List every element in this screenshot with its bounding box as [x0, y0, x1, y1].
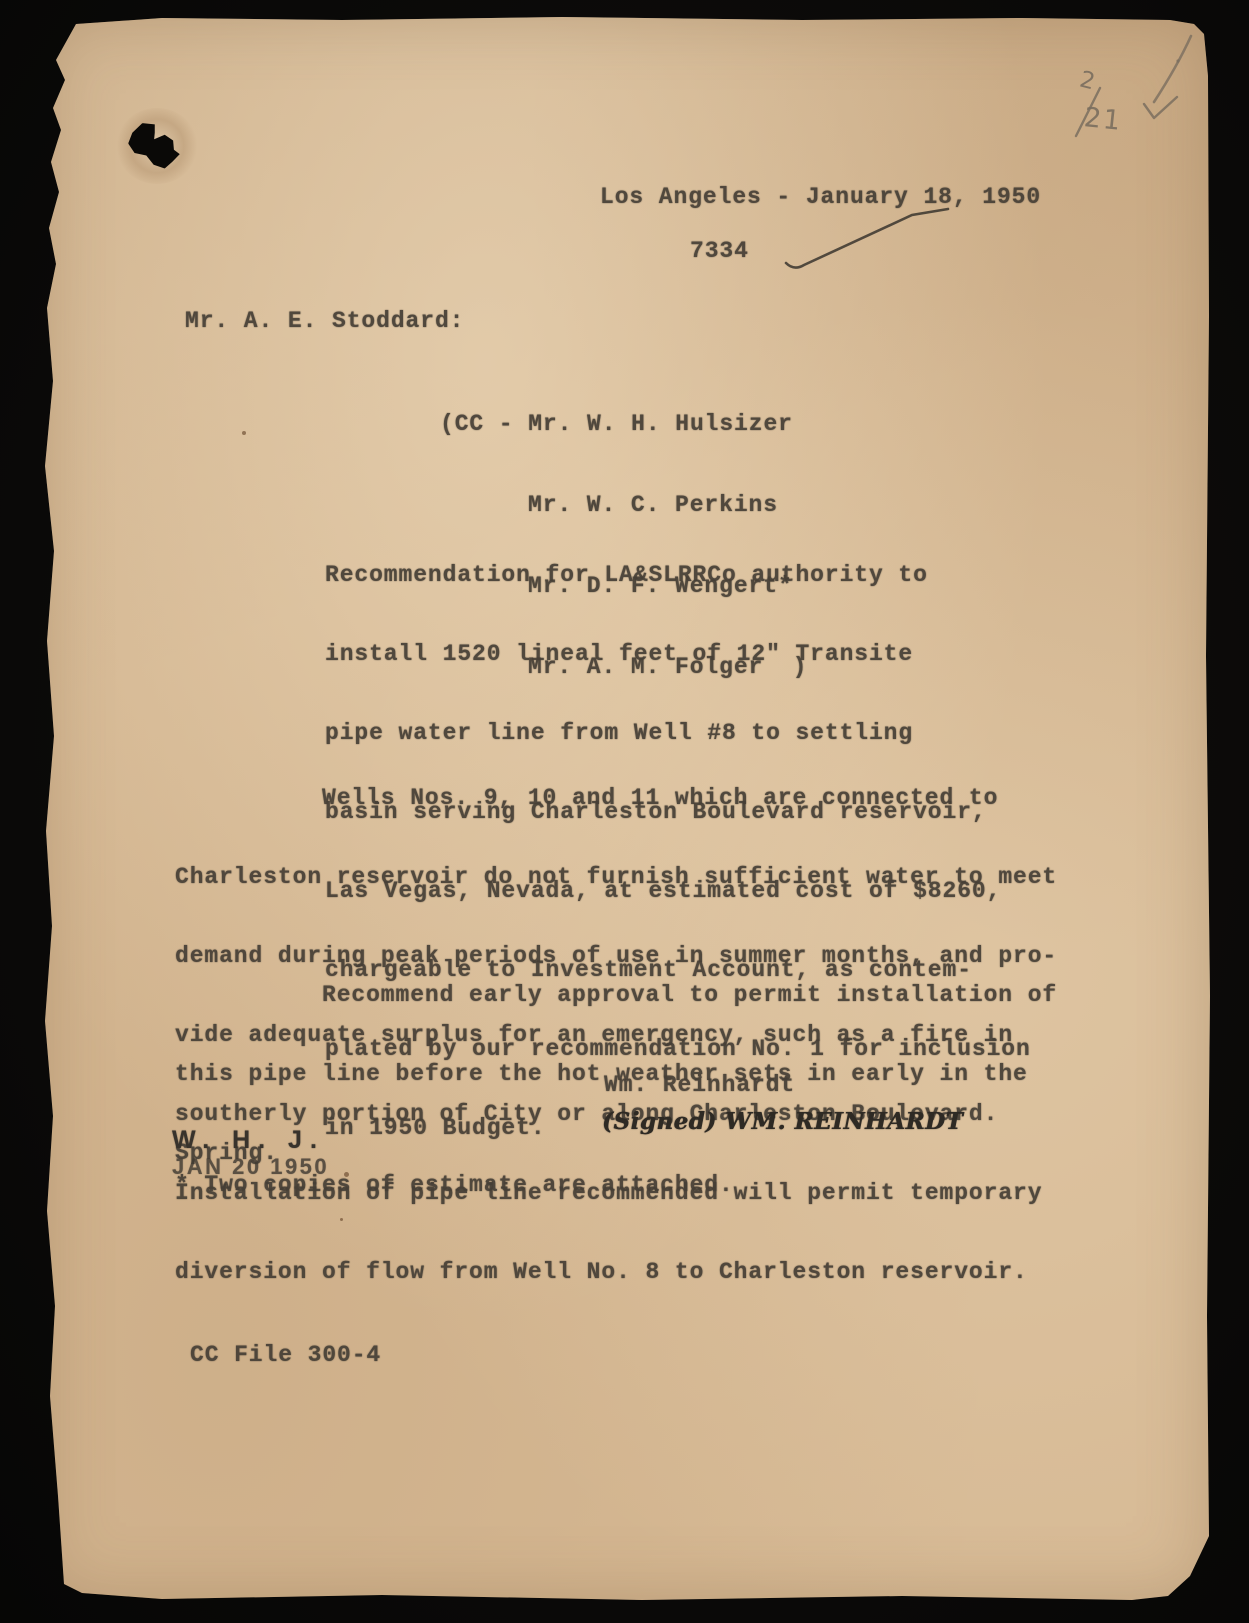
typed-line: Wells Nos. 9, 10 and 11 which are connec…: [322, 785, 1057, 812]
footnote-line: * Two copies of estimate are attached.: [175, 1172, 734, 1198]
addressee-line: Mr. A. E. Stoddard:: [185, 308, 464, 334]
typed-line: diversion of flow from Well No. 8 to Cha…: [175, 1259, 1057, 1286]
pencil-corner-stroke: [1154, 36, 1191, 102]
pencil-annotation-numerator: 2: [1077, 67, 1097, 96]
pen-arrow-to-date: [786, 209, 948, 268]
photo-background: Los Angeles - January 18, 1950 7334 Mr. …: [0, 0, 1249, 1623]
file-reference: CC File 300-4: [190, 1342, 381, 1368]
pencil-annotation-denominator: 21: [1082, 102, 1123, 137]
typed-line: Recommend early approval to permit insta…: [322, 982, 1057, 1009]
cc-line: (CC - Mr. W. H. Hulsizer: [440, 410, 807, 439]
pencil-dot: [1176, 59, 1179, 62]
typed-line: Charleston reservoir do not furnish suff…: [175, 864, 1057, 891]
document-page: Los Angeles - January 18, 1950 7334 Mr. …: [42, 16, 1210, 1600]
signature-stamp: (Signed) WM. REINHARDT: [602, 1108, 963, 1135]
dateline: Los Angeles - January 18, 1950: [600, 184, 1041, 210]
typed-line: install 1520 lineal feet of 12" Transite: [325, 641, 1031, 668]
pencil-checkmark: [1144, 97, 1177, 118]
paper-speck: [242, 431, 246, 435]
received-stamp-initials: W. H. J.: [172, 1126, 325, 1155]
signature-typed-name: Wm. Reinhardt: [604, 1072, 795, 1098]
typed-line: Recommendation for LA&SLRRCo authority t…: [325, 562, 1031, 589]
document-number: 7334: [690, 238, 749, 264]
